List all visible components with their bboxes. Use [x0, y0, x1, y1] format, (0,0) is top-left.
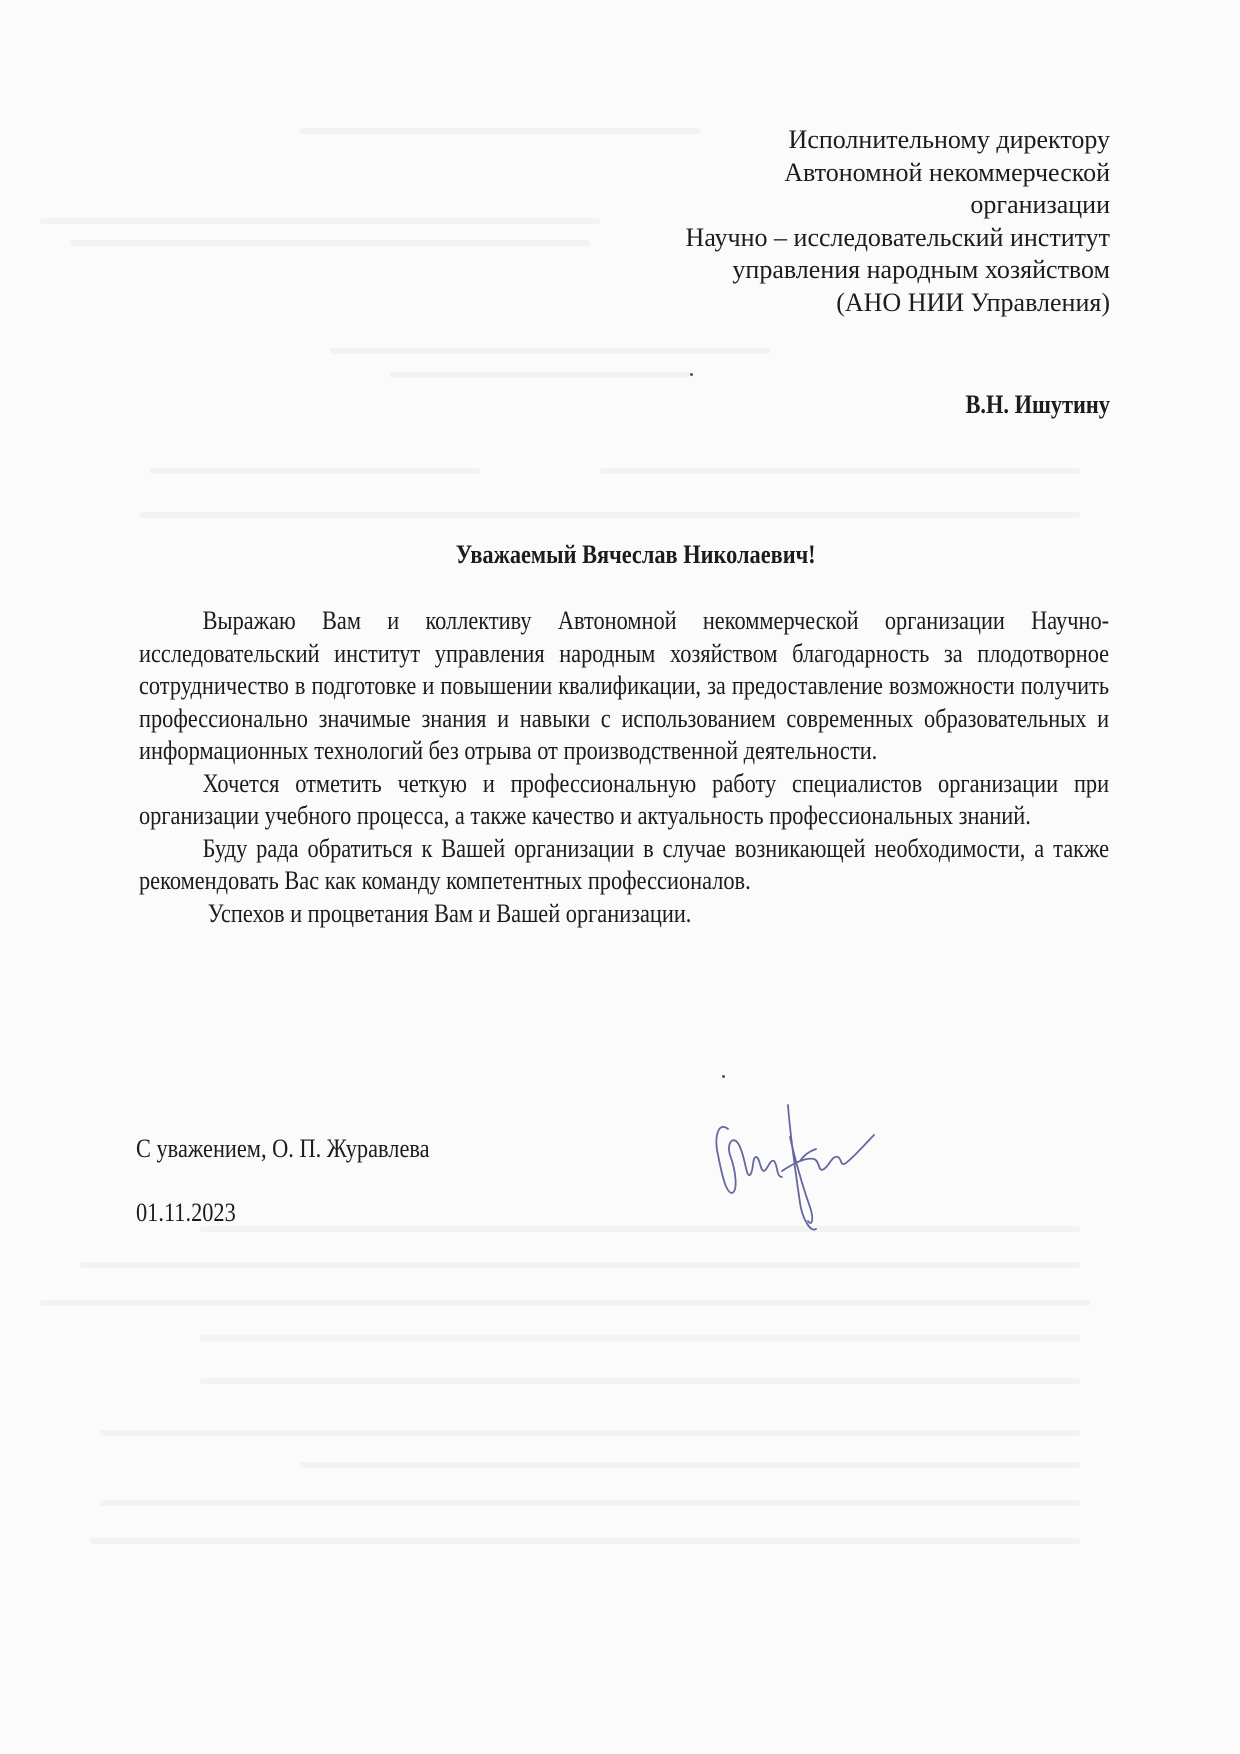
body-paragraph: Успехов и процветания Вам и Вашей органи… [139, 898, 1109, 931]
closing-signoff: С уважением, О. П. Журавлева [136, 1134, 430, 1164]
addressee-block: Исполнительному директору Автономной нек… [550, 124, 1110, 319]
addressee-line: организации [550, 189, 1110, 222]
handwritten-signature-icon [690, 1085, 890, 1235]
body-paragraph: Буду рада обратиться к Вашей организации… [139, 833, 1109, 898]
addressee-line: управления народным хозяйством [550, 254, 1110, 287]
addressee-line: (АНО НИИ Управления) [550, 287, 1110, 320]
addressee-line: Научно – исследовательский институт [550, 222, 1110, 255]
salutation: Уважаемый Вячеслав Николаевич! [90, 540, 1156, 570]
body-paragraph: Выражаю Вам и коллективу Автономной неко… [139, 605, 1109, 768]
addressee-line: Автономной некоммерческой [550, 157, 1110, 190]
body-paragraph: Хочется отметить четкую и профессиональн… [139, 768, 1109, 833]
scan-speck [722, 1075, 725, 1078]
scanned-letter-page: Исполнительному директору Автономной нек… [0, 0, 1240, 1754]
addressee-line: Исполнительному директору [550, 124, 1110, 157]
recipient-name: В.Н. Ишутину [966, 390, 1110, 420]
letter-date: 01.11.2023 [136, 1198, 236, 1228]
scan-speck [690, 373, 693, 376]
letter-body: Выражаю Вам и коллективу Автономной неко… [139, 605, 1109, 930]
